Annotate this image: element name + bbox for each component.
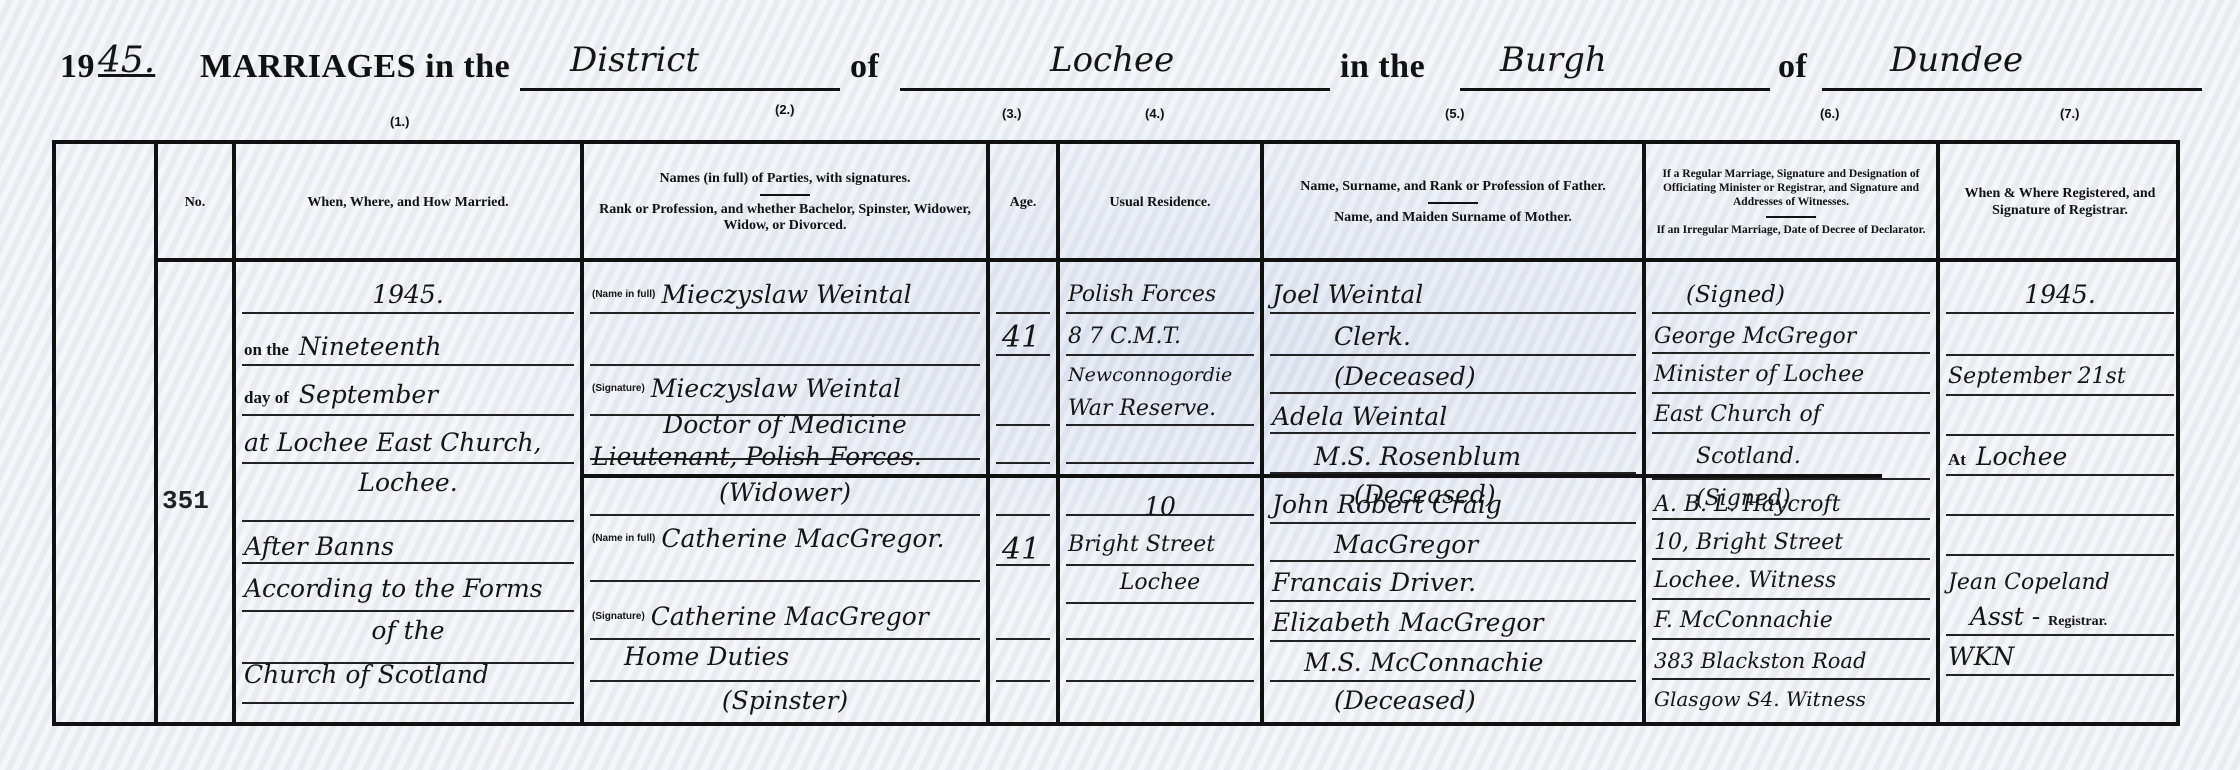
header-separator xyxy=(760,194,810,196)
registration-place: Lochee xyxy=(1976,442,2067,471)
groom-father-rank: Clerk. xyxy=(1334,322,1634,352)
minister-designation-line3: Scotland. xyxy=(1696,442,1928,472)
header-when-where: When, Where, and How Married. xyxy=(236,144,580,262)
header-minister-line1: If a Regular Marriage, Signature and Des… xyxy=(1656,168,1926,209)
groom-signature-label: (Signature) xyxy=(592,383,645,394)
groom-mother-name: Adela Weintal xyxy=(1272,402,1634,432)
on-the-label: on the xyxy=(244,340,289,359)
bride-mother-maiden: M.S. McConnachie xyxy=(1304,648,1634,678)
how-married-line2: According to the Forms xyxy=(244,574,572,604)
bride-residence-line1: 10 xyxy=(1068,492,1252,522)
header-names-line1: Names (in full) of Parties, with signatu… xyxy=(660,171,911,188)
bride-name-label: (Name in full) xyxy=(592,533,655,544)
header-age: Age. xyxy=(990,144,1056,262)
header-no: No. xyxy=(158,144,232,262)
area-name: Dundee xyxy=(1890,40,2023,80)
in-the-label: in the xyxy=(1340,48,1425,86)
district-type: District xyxy=(570,40,699,80)
residence-cell: Polish Forces 8 7 C.M.T. Newconnogordie … xyxy=(1060,262,1260,722)
registrar-title-print: Registrar. xyxy=(2048,614,2107,629)
of-label-1: of xyxy=(850,48,879,86)
bride-residence-line2: Bright Street xyxy=(1068,530,1252,560)
header-separator xyxy=(1428,202,1478,204)
groom-rank-line1: Doctor of Medicine xyxy=(592,410,978,440)
header-minister-line2: If an Irregular Marriage, Date of Decree… xyxy=(1656,224,1925,238)
registration-year: 1945. xyxy=(1948,280,2172,310)
how-married-line4: Church of Scotland xyxy=(244,660,572,690)
column-number-7: (7.) xyxy=(2060,106,2080,121)
minister-signed-1: (Signed) xyxy=(1686,280,1928,310)
entry-number: 351 xyxy=(162,486,209,516)
column-number-6: (6.) xyxy=(1820,106,1840,121)
register-title: 19 45. MARRIAGES in the District of Loch… xyxy=(60,40,2200,100)
header-names: Names (in full) of Parties, with signatu… xyxy=(584,144,986,262)
district-name: Lochee xyxy=(1050,40,1174,80)
groom-residence-line2: 8 7 C.M.T. xyxy=(1068,322,1252,352)
header-when-where-text: When, Where, and How Married. xyxy=(307,195,508,212)
marriage-day: Nineteenth xyxy=(299,332,442,361)
groom-status: (Widower) xyxy=(592,478,978,508)
bride-mother-status: (Deceased) xyxy=(1334,686,1634,716)
marriage-register-table: No. When, Where, and How Married. Names … xyxy=(52,140,2180,726)
header-age-text: Age. xyxy=(1010,195,1037,212)
groom-name-label: (Name in full) xyxy=(592,289,655,300)
bride-status: (Spinster) xyxy=(592,686,978,716)
header-father-line2: Name, and Maiden Surname of Mother. xyxy=(1334,210,1572,227)
area-name-line xyxy=(1822,88,2202,91)
parents-cell: Joel Weintal Clerk. (Deceased) Adela Wei… xyxy=(1264,262,1642,722)
age-cell: 41 41 xyxy=(990,262,1056,722)
witness1-address-line2: Lochee. Witness xyxy=(1654,566,1928,596)
header-residence-text: Usual Residence. xyxy=(1109,195,1210,212)
witness1-name: A. B. L. Haycroft xyxy=(1654,490,1928,520)
bride-mother-name: Elizabeth MacGregor xyxy=(1272,608,1634,638)
marriage-month: September xyxy=(299,380,438,409)
bride-father-name-line2: MacGregor xyxy=(1334,530,1634,560)
header-separator xyxy=(1766,216,1816,218)
district-type-line xyxy=(520,88,840,91)
header-father-line1: Name, Surname, and Rank or Profession of… xyxy=(1300,179,1605,196)
groom-age: 41 xyxy=(1002,320,1040,355)
when-where-cell: 1945. on theNineteenth day ofSeptember a… xyxy=(236,262,580,722)
header-names-line2: Rank or Profession, and whether Bachelor… xyxy=(594,202,976,236)
parties-cell: (Name in full)Mieczyslaw Weintal (Signat… xyxy=(584,262,986,722)
column-number-2: (2.) xyxy=(775,102,795,117)
bride-signature-label: (Signature) xyxy=(592,611,645,622)
groom-father-status: (Deceased) xyxy=(1334,362,1634,392)
column-number-5: (5.) xyxy=(1445,106,1465,121)
groom-father-name: Joel Weintal xyxy=(1272,280,1634,310)
header-minister: If a Regular Marriage, Signature and Des… xyxy=(1646,144,1936,262)
registration-cell: 1945. September 21st AtLochee Jean Copel… xyxy=(1940,262,2180,722)
registration-date: September 21st xyxy=(1948,362,2172,392)
year-prefix: 19 xyxy=(60,48,95,86)
column-number-3: (3.) xyxy=(1002,106,1022,121)
bride-rank: Home Duties xyxy=(624,642,978,672)
of-label-2: of xyxy=(1778,48,1807,86)
header-residence: Usual Residence. xyxy=(1060,144,1260,262)
registrar-initials: WKN xyxy=(1948,642,2172,672)
title-heading: MARRIAGES in the xyxy=(200,48,510,86)
witness2-name: F. McConnachie xyxy=(1654,606,1928,636)
marriage-place-line1: at Lochee East Church, xyxy=(244,428,572,458)
groom-rank-line2: Lieutenant, Polish Forces. xyxy=(592,442,978,472)
area-type-line xyxy=(1460,88,1770,91)
area-type: Burgh xyxy=(1500,40,1607,80)
groom-name: Mieczyslaw Weintal xyxy=(661,280,911,309)
groom-residence-line1: Polish Forces xyxy=(1068,280,1252,310)
marriage-year: 1945. xyxy=(244,280,572,310)
header-no-text: No. xyxy=(185,195,206,212)
witness2-address-line1: 383 Blackston Road xyxy=(1654,646,1928,676)
registration-at-label: At xyxy=(1948,450,1966,469)
header-registered: When & Where Registered, and Signature o… xyxy=(1940,144,2180,262)
bride-father-name-line1: John Robert Craig xyxy=(1272,490,1634,520)
bride-age: 41 xyxy=(1002,532,1040,567)
column-number-4: (4.) xyxy=(1145,106,1165,121)
district-name-line xyxy=(900,88,1330,91)
minister-witnesses-cell: (Signed) George McGregor Minister of Loc… xyxy=(1646,262,1936,722)
how-married-line1: After Banns xyxy=(244,532,572,562)
header-father-mother: Name, Surname, and Rank or Profession of… xyxy=(1264,144,1642,262)
day-of-label: day of xyxy=(244,388,289,407)
bride-name: Catherine MacGregor. xyxy=(661,524,944,553)
how-married-line3: of the xyxy=(244,616,572,646)
minister-name: George McGregor xyxy=(1654,322,1928,352)
minister-designation-line2: East Church of xyxy=(1654,400,1928,430)
registrar-title-hand: Asst - xyxy=(1970,602,2040,631)
bride-signature: Catherine MacGregor xyxy=(651,602,929,631)
groom-residence-line3: Newconnogordie xyxy=(1068,360,1252,390)
column-number-1: (1.) xyxy=(390,114,410,129)
registrar-signature: Jean Copeland xyxy=(1948,568,2172,598)
groom-signature: Mieczyslaw Weintal xyxy=(651,374,901,403)
bride-father-rank: Francais Driver. xyxy=(1272,568,1634,598)
marriage-place-line2: Lochee. xyxy=(244,468,572,498)
minister-designation-line1: Minister of Lochee xyxy=(1654,360,1928,390)
year-suffix: 45. xyxy=(98,40,155,81)
witness2-address-line2: Glasgow S4. Witness xyxy=(1654,684,1928,714)
groom-residence-line4: War Reserve. xyxy=(1068,394,1252,424)
groom-mother-maiden: M.S. Rosenblum xyxy=(1314,442,1634,472)
bride-residence-line3: Lochee xyxy=(1068,568,1252,598)
header-registered-text: When & Where Registered, and Signature o… xyxy=(1950,186,2170,220)
witness1-address-line1: 10, Bright Street xyxy=(1654,528,1928,558)
